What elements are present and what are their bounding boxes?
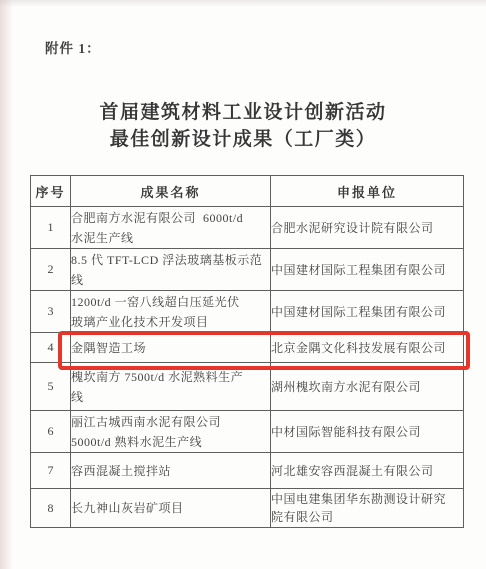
applicant-unit: 中材国际智能科技有限公司 (271, 422, 463, 442)
applicant-unit-cell: 北京金隅文化科技发展有限公司 (271, 333, 464, 363)
achievement-name-cell: 1200t/d 一窑八线超白压延光伏 玻璃产业化技术开发项目 (71, 291, 271, 333)
table-row-highlighted: 4 金隅智造工场 北京金隅文化科技发展有限公司 (31, 333, 464, 363)
achievement-name: 8.5 代 TFT-LCD 浮法玻璃基板示范 线 (71, 250, 270, 290)
table-row: 7 容西混凝土搅拌站 河北雄安容西混凝土有限公司 (31, 453, 464, 489)
applicant-unit: 中国电建集团华东勘测设计研究 院有限公司 (271, 490, 463, 526)
doc-title-line2: 最佳创新设计成果（工厂类） (0, 124, 486, 151)
col-header-no: 序号 (31, 176, 71, 207)
achievement-name-cell: 合肥南方水泥有限公司 6000t/d 水泥生产线 (71, 207, 271, 249)
table-row: 3 1200t/d 一窑八线超白压延光伏 玻璃产业化技术开发项目 中国建材国际工… (31, 291, 464, 333)
document-page: 附件 1： 首届建筑材料工业设计创新活动 最佳创新设计成果（工厂类） 序号 成果… (0, 0, 486, 569)
table-row: 8 长九神山灰岩矿项目 中国电建集团华东勘测设计研究 院有限公司 (31, 489, 464, 528)
applicant-unit: 湖州槐坎南方水泥有限公司 (271, 377, 463, 397)
doc-title-line1: 首届建筑材料工业设计创新活动 (0, 97, 486, 124)
table-row: 1 合肥南方水泥有限公司 6000t/d 水泥生产线 合肥水泥研究设计院有限公司 (31, 207, 464, 249)
achievement-name-cell: 长九神山灰岩矿项目 (71, 489, 271, 528)
row-no-cell: 6 (31, 411, 71, 453)
applicant-unit-cell: 河北雄安容西混凝土有限公司 (271, 453, 464, 489)
achievement-name: 容西混凝土搅拌站 (71, 461, 270, 481)
achievement-name-cell: 容西混凝土搅拌站 (71, 453, 271, 489)
row-no-cell: 4 (31, 333, 71, 363)
achievement-name-cell: 金隅智造工场 (71, 333, 271, 363)
applicant-unit: 中国建材国际工程集团有限公司 (271, 260, 463, 280)
table-row: 5 槐坎南方 7500t/d 水泥熟料生产 线 湖州槐坎南方水泥有限公司 (31, 363, 464, 411)
achievement-name-cell: 丽江古城西南水泥有限公司 5000t/d 熟料水泥生产线 (71, 411, 271, 453)
achievement-name: 金隅智造工场 (71, 338, 270, 358)
achievement-name: 长九神山灰岩矿项目 (71, 498, 270, 518)
scan-top-shadow (0, 0, 486, 7)
row-no-cell: 1 (31, 207, 71, 249)
row-no-cell: 3 (31, 291, 71, 333)
row-no-cell: 2 (31, 249, 71, 291)
attachment-label: 附件 1： (45, 37, 101, 57)
applicant-unit-cell: 合肥水泥研究设计院有限公司 (271, 207, 464, 249)
applicant-unit: 合肥水泥研究设计院有限公司 (271, 218, 463, 238)
table-row: 6 丽江古城西南水泥有限公司 5000t/d 熟料水泥生产线 中材国际智能科技有… (31, 411, 464, 453)
achievement-name: 1200t/d 一窑八线超白压延光伏 玻璃产业化技术开发项目 (71, 292, 270, 332)
applicant-unit: 河北雄安容西混凝土有限公司 (271, 461, 463, 481)
col-header-name: 成果名称 (71, 176, 271, 207)
applicant-unit: 中国建材国际工程集团有限公司 (271, 302, 463, 322)
scan-left-shadow (0, 0, 13, 569)
table-row: 2 8.5 代 TFT-LCD 浮法玻璃基板示范 线 中国建材国际工程集团有限公… (31, 249, 464, 291)
applicant-unit-cell: 中国建材国际工程集团有限公司 (271, 249, 464, 291)
achievement-name-cell: 槐坎南方 7500t/d 水泥熟料生产 线 (71, 363, 271, 411)
applicant-unit-cell: 中国建材国际工程集团有限公司 (271, 291, 464, 333)
applicant-unit-cell: 湖州槐坎南方水泥有限公司 (271, 363, 464, 411)
applicant-unit-cell: 中国电建集团华东勘测设计研究 院有限公司 (271, 489, 464, 528)
row-no-cell: 7 (31, 453, 71, 489)
row-no-cell: 5 (31, 363, 71, 411)
results-table: 序号 成果名称 申报单位 1 合肥南方水泥有限公司 6000t/d 水泥生产线 … (30, 175, 464, 528)
achievement-name: 槐坎南方 7500t/d 水泥熟料生产 线 (71, 367, 270, 407)
table-header-row: 序号 成果名称 申报单位 (31, 176, 464, 207)
applicant-unit: 北京金隅文化科技发展有限公司 (271, 338, 463, 358)
col-header-unit: 申报单位 (271, 176, 464, 207)
achievement-name: 合肥南方水泥有限公司 6000t/d 水泥生产线 (71, 208, 270, 248)
applicant-unit-cell: 中材国际智能科技有限公司 (271, 411, 464, 453)
achievement-name: 丽江古城西南水泥有限公司 5000t/d 熟料水泥生产线 (71, 412, 270, 452)
achievement-name-cell: 8.5 代 TFT-LCD 浮法玻璃基板示范 线 (71, 249, 271, 291)
row-no-cell: 8 (31, 489, 71, 528)
